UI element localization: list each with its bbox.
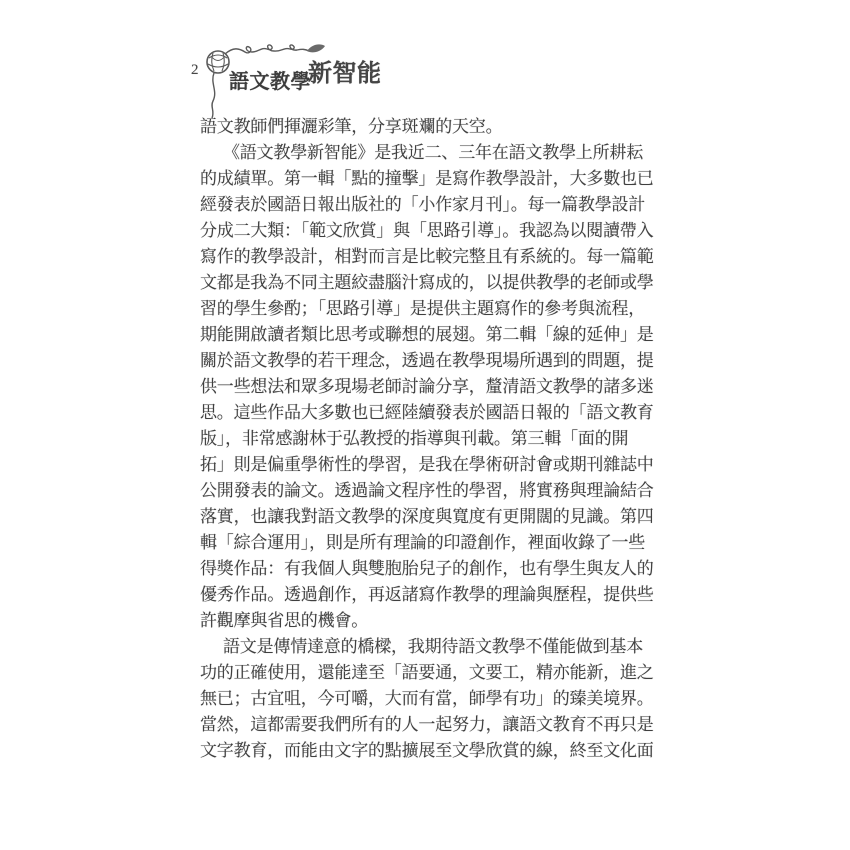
text-line: 優秀作品。透過創作，再返諸寫作教學的理論與歷程，提供些 (200, 582, 680, 608)
text-line: 公開發表的論文。透過論文程序性的學習，將實務與理論結合 (200, 478, 680, 504)
text-line: 的成績單。第一輯「點的撞擊」是寫作教學設計，大多數也已 (200, 166, 680, 192)
text-line: 分成二大類：「範文欣賞」與「思路引導」。我認為以閱讀帶入 (200, 218, 680, 244)
text-line: 供一些想法和眾多現場老師討論分享，釐清語文教學的諸多迷 (200, 374, 680, 400)
book-title-accent: 新智能 (308, 53, 382, 88)
text-line: 無已；古宜咀，今可嚼，大而有當，師學有功」的臻美境界。 (200, 686, 680, 712)
text-line: 語文是傳情達意的橋樑，我期待語文教學不僅能做到基本 (200, 634, 680, 660)
text-line: 經發表於國語日報出版社的「小作家月刊」。每一篇教學設計 (200, 192, 680, 218)
text-line: 拓」則是偏重學術性的學習，是我在學術研討會或期刊雜誌中 (200, 452, 680, 478)
text-line: 寫作的教學設計，相對而言是比較完整且有系統的。每一篇範 (200, 244, 680, 270)
text-line: 落實，也讓我對語文教學的深度與寬度有更開闊的見識。第四 (200, 504, 680, 530)
text-line: 關於語文教學的若干理念，透過在教學現場所遇到的問題，提 (200, 348, 680, 374)
text-line: 輯「綜合運用」，則是所有理論的印證創作，裡面收錄了一些 (200, 530, 680, 556)
text-line: 當然，這都需要我們所有的人一起努力，讓語文教育不再只是 (200, 712, 680, 738)
text-line: 許觀摩與省思的機會。 (200, 608, 680, 634)
book-title-main: 語文教學 (229, 65, 311, 94)
text-line: 語文教師們揮灑彩筆，分享斑斕的天空。 (200, 114, 680, 140)
text-line: 期能開啟讀者類比思考或聯想的展翅。第二輯「線的延伸」是 (200, 322, 680, 348)
text-line: 版」，非常感謝林于弘教授的指導與刊載。第三輯「面的開 (200, 426, 680, 452)
text-line: 習的學生參酌；「思路引導」是提供主題寫作的參考與流程， (200, 296, 680, 322)
body-text: 語文教師們揮灑彩筆，分享斑斕的天空。《語文教學新智能》是我近二、三年在語文教學上… (200, 114, 680, 764)
page-number: 2 (191, 62, 199, 79)
text-line: 得獎作品：有我個人與雙胞胎兒子的創作，也有學生與友人的 (200, 556, 680, 582)
text-line: 文字教育，而能由文字的點擴展至文學欣賞的線，終至文化面 (200, 738, 680, 764)
text-line: 《語文教學新智能》是我近二、三年在語文教學上所耕耘 (200, 140, 680, 166)
book-page: 2 語文教學 新智能 語文教師們揮灑彩筆，分享斑斕的天空。《語文教學新智能》是我… (0, 0, 850, 850)
text-line: 功的正確使用，還能達至「語要通，文要工，精亦能新，進之 (200, 660, 680, 686)
text-line: 文都是我為不同主題絞盡腦汁寫成的，以提供教學的老師或學 (200, 270, 680, 296)
text-line: 思。這些作品大多數也已經陸續發表於國語日報的「語文教育 (200, 400, 680, 426)
